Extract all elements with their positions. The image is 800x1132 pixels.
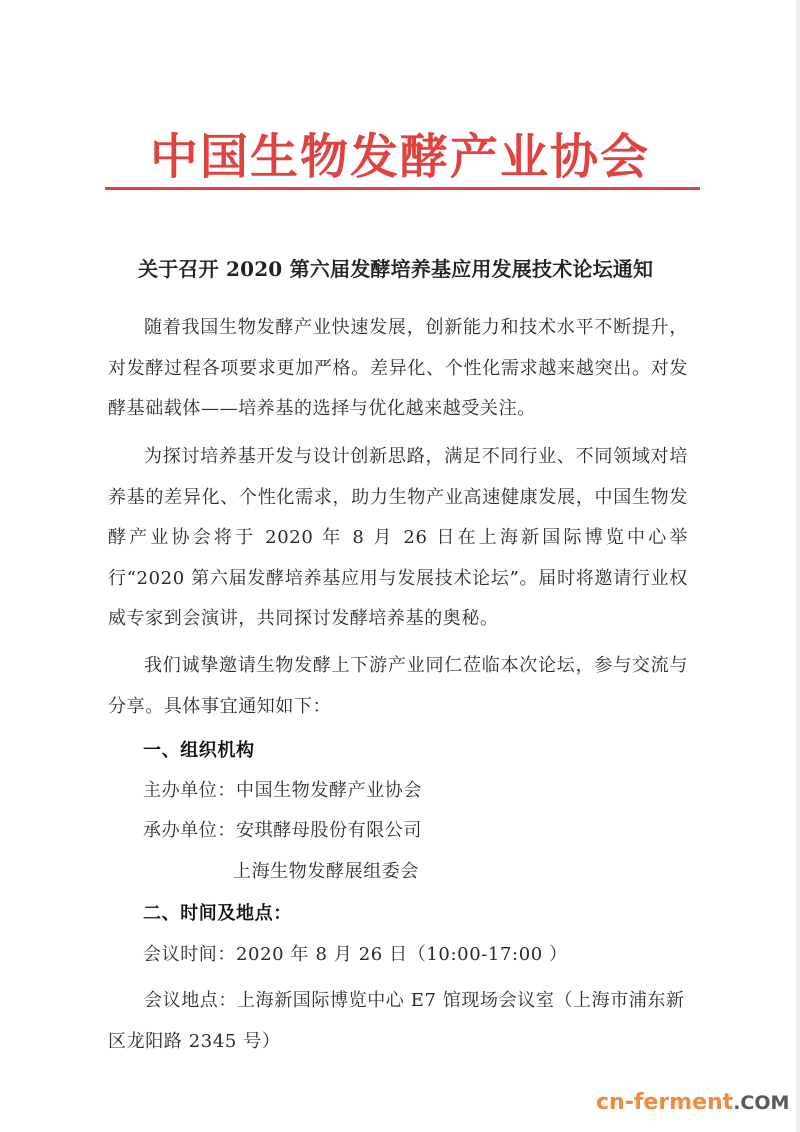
site-watermark: cn-ferment.COM [596,1090,789,1115]
letterhead-organization: 中国生物发酵产业协会 [150,118,670,187]
organizer-unit-1: 承办单位：安琪酵母股份有限公司 [143,816,422,842]
section-heading-organization: 一、组织机构 [143,736,255,762]
page-edge [796,0,800,1132]
meeting-place: 会议地点：上海新国际博览中心 E7 馆现场会议室（上海市浦东新区龙阳路 2345… [108,981,688,1062]
organizer-unit-2: 上海生物发酵展组委会 [233,857,419,883]
section-heading-time-place: 二、时间及地点： [143,899,292,925]
paragraph-purpose: 为探讨培养基开发与设计创新思路，满足不同行业、不同领域对培养基的差异化、个性化需… [108,437,688,640]
document-title: 关于召开 2020 第六届发酵培养基应用发展技术论坛通知 [138,253,698,282]
meeting-time: 会议时间：2020 年 8 月 26 日（10:00-17:00 ） [143,940,568,966]
watermark-main: cn-ferment [596,1090,733,1115]
paragraph-invitation: 我们诚挚邀请生物发酵上下游产业同仁莅临本次论坛，参与交流与分享。具体事宜通知如下… [108,646,688,727]
host-unit: 主办单位：中国生物发酵产业协会 [143,776,422,802]
watermark-tld: .COM [733,1092,789,1114]
paragraph-intro: 随着我国生物发酵产业快速发展，创新能力和技术水平不断提升，对发酵过程各项要求更加… [108,308,688,430]
letterhead-divider [105,187,700,190]
